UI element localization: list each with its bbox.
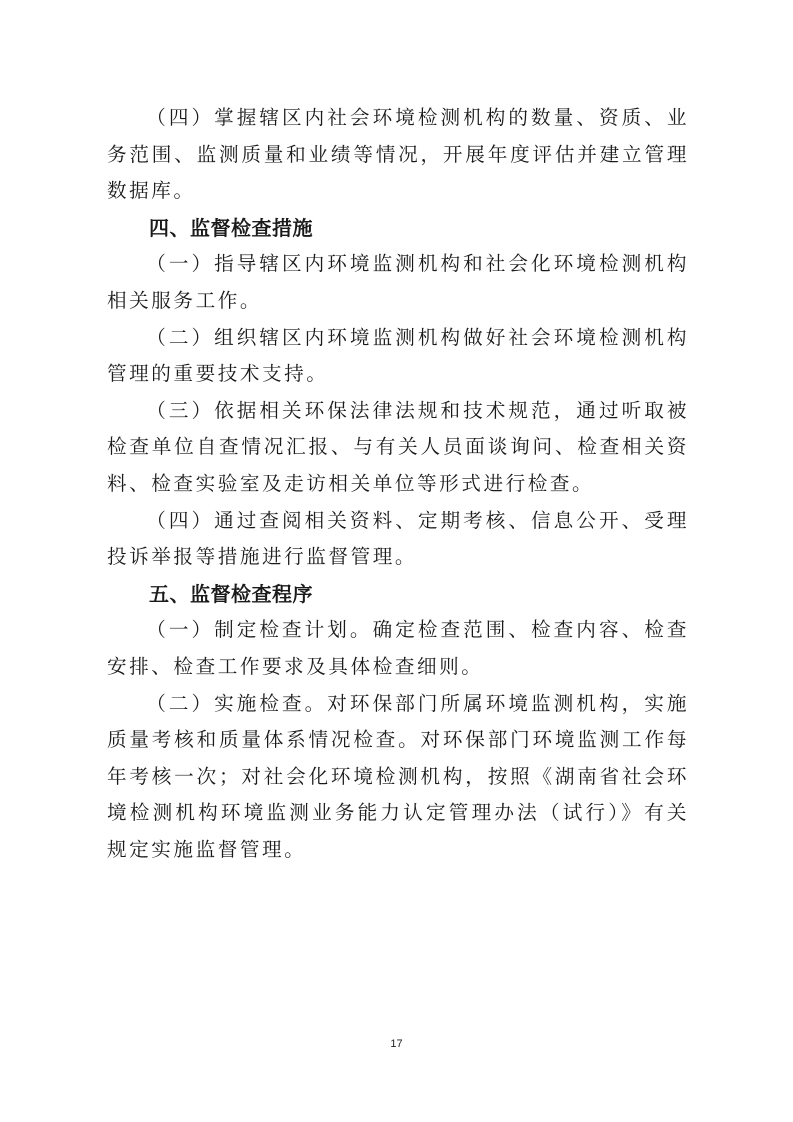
section-heading-supervision-measures: 四、监督检查措施 <box>107 210 689 247</box>
paragraph-procedure-implement: （二）实施检查。对环保部门所属环境监测机构，实施质量考核和质量体系情况检查。对环… <box>107 686 689 869</box>
page-number: 17 <box>0 1038 793 1050</box>
paragraph-measure-inspection-methods: （三）依据相关环保法律法规和技术规范，通过听取被检查单位自查情况汇报、与有关人员… <box>107 393 689 503</box>
section-heading-supervision-procedure: 五、监督检查程序 <box>107 576 689 613</box>
paragraph-measure-guidance: （一）指导辖区内环境监测机构和社会化环境检测机构相关服务工作。 <box>107 246 689 319</box>
document-page: （四）掌握辖区内社会环境检测机构的数量、资质、业务范围、监测质量和业绩等情况，开… <box>107 100 689 868</box>
paragraph-measure-supervision-management: （四）通过查阅相关资料、定期考核、信息公开、受理投诉举报等措施进行监督管理。 <box>107 503 689 576</box>
paragraph-measure-technical-support: （二）组织辖区内环境监测机构做好社会环境检测机构管理的重要技术支持。 <box>107 320 689 393</box>
paragraph-data-management: （四）掌握辖区内社会环境检测机构的数量、资质、业务范围、监测质量和业绩等情况，开… <box>107 100 689 210</box>
paragraph-procedure-plan: （一）制定检查计划。确定检查范围、检查内容、检查安排、检查工作要求及具体检查细则… <box>107 612 689 685</box>
